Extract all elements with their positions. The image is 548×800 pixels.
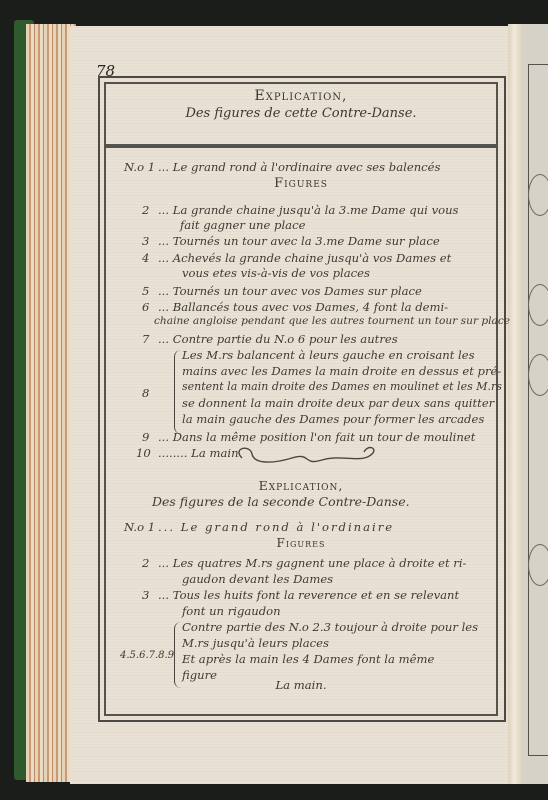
item-number: 10 — [136, 446, 151, 460]
facing-page-frame — [528, 64, 548, 756]
item-number: 4.5.6.7.8.9 — [120, 650, 174, 661]
section1-title: Explication, — [106, 88, 496, 104]
item-line: Contre partie des N.o 2.3 toujour à droi… — [182, 620, 478, 634]
item-line: ... Ballancés tous avec vos Dames, 4 fon… — [158, 300, 448, 314]
section1-title-box: Explication, Des figures de cette Contre… — [104, 82, 498, 146]
section2-subtitle: Des figures de la seconde Contre-Danse. — [152, 494, 410, 509]
intro-text: ... Le grand rond à l'ordinaire avec ses… — [158, 160, 440, 174]
item-line: ... Achevés la grande chaine jusqu'à vos… — [158, 251, 451, 265]
ornament-icon — [528, 284, 548, 326]
section2-title: Explication, — [106, 478, 496, 493]
item-line: sentent la main droite des Dames en moul… — [182, 380, 502, 393]
ornament-icon — [528, 544, 548, 586]
item-line: Et après la main les 4 Dames font la mêm… — [182, 652, 434, 666]
ornament-icon — [528, 174, 548, 216]
item-line: ... Contre partie du N.o 6 pour les autr… — [158, 332, 398, 346]
item-number: 8 — [142, 386, 149, 400]
item-line: mains avec les Dames la main droite en d… — [182, 364, 501, 378]
item-line: ... Tournés un tour avec la 3.me Dame su… — [158, 234, 440, 248]
item-number: 9 — [142, 430, 149, 444]
body-box: N.o 1 ... Le grand rond à l'ordinaire av… — [104, 146, 498, 716]
ornament-icon — [528, 354, 548, 396]
item-number: 2 — [142, 556, 149, 570]
item-number: 3 — [142, 588, 149, 602]
item-line: vous etes vis-à-vis de vos places — [182, 266, 370, 280]
item-line: fait gagner une place — [180, 218, 305, 232]
item-line: la main gauche des Dames pour former les… — [182, 412, 484, 426]
item-line: se donnent la main droite deux par deux … — [182, 396, 494, 410]
item-number: 3 — [142, 234, 149, 248]
item-number: 7 — [142, 332, 149, 346]
brace — [174, 350, 181, 434]
item-number: 4 — [142, 251, 149, 265]
item-number: 2 — [142, 203, 149, 217]
intro-number: N.o 1 — [124, 520, 155, 534]
item-line: Les M.rs balancent à leurs gauche en cro… — [182, 348, 475, 362]
item-line: M.rs jusqu'à leurs places — [182, 636, 329, 650]
item-line: ... Les quatres M.rs gagnent une place à… — [158, 556, 466, 570]
section2-heading: Figures — [106, 536, 496, 550]
item-line: font un rigaudon — [182, 604, 281, 618]
item-line: gaudon devant les Dames — [182, 572, 333, 586]
section1-heading: Figures — [106, 176, 496, 191]
item-line: ... Tous les huits font la reverence et … — [158, 588, 459, 602]
section1-subtitle: Des figures de cette Contre-Danse. — [106, 106, 496, 121]
item-number: 6 — [142, 300, 149, 314]
item-line: ... Tournés un tour avec vos Dames sur p… — [158, 284, 422, 298]
item-line: chaine angloise pendant que les autres t… — [154, 315, 510, 327]
flourish-ornament-icon — [232, 446, 382, 470]
item-number: 5 — [142, 284, 149, 298]
intro-number: N.o 1 — [124, 160, 155, 174]
page-edges — [26, 24, 76, 782]
facing-page-edge — [522, 24, 548, 784]
item-line: ... La grande chaine jusqu'à la 3.me Dam… — [158, 203, 459, 217]
item-line: ... Dans la même position l'on fait un t… — [158, 430, 475, 444]
item-line: ........ La main — [158, 446, 239, 460]
closing-text: La main. — [106, 678, 496, 692]
intro-text: ... Le grand rond à l'ordinaire — [158, 520, 394, 534]
